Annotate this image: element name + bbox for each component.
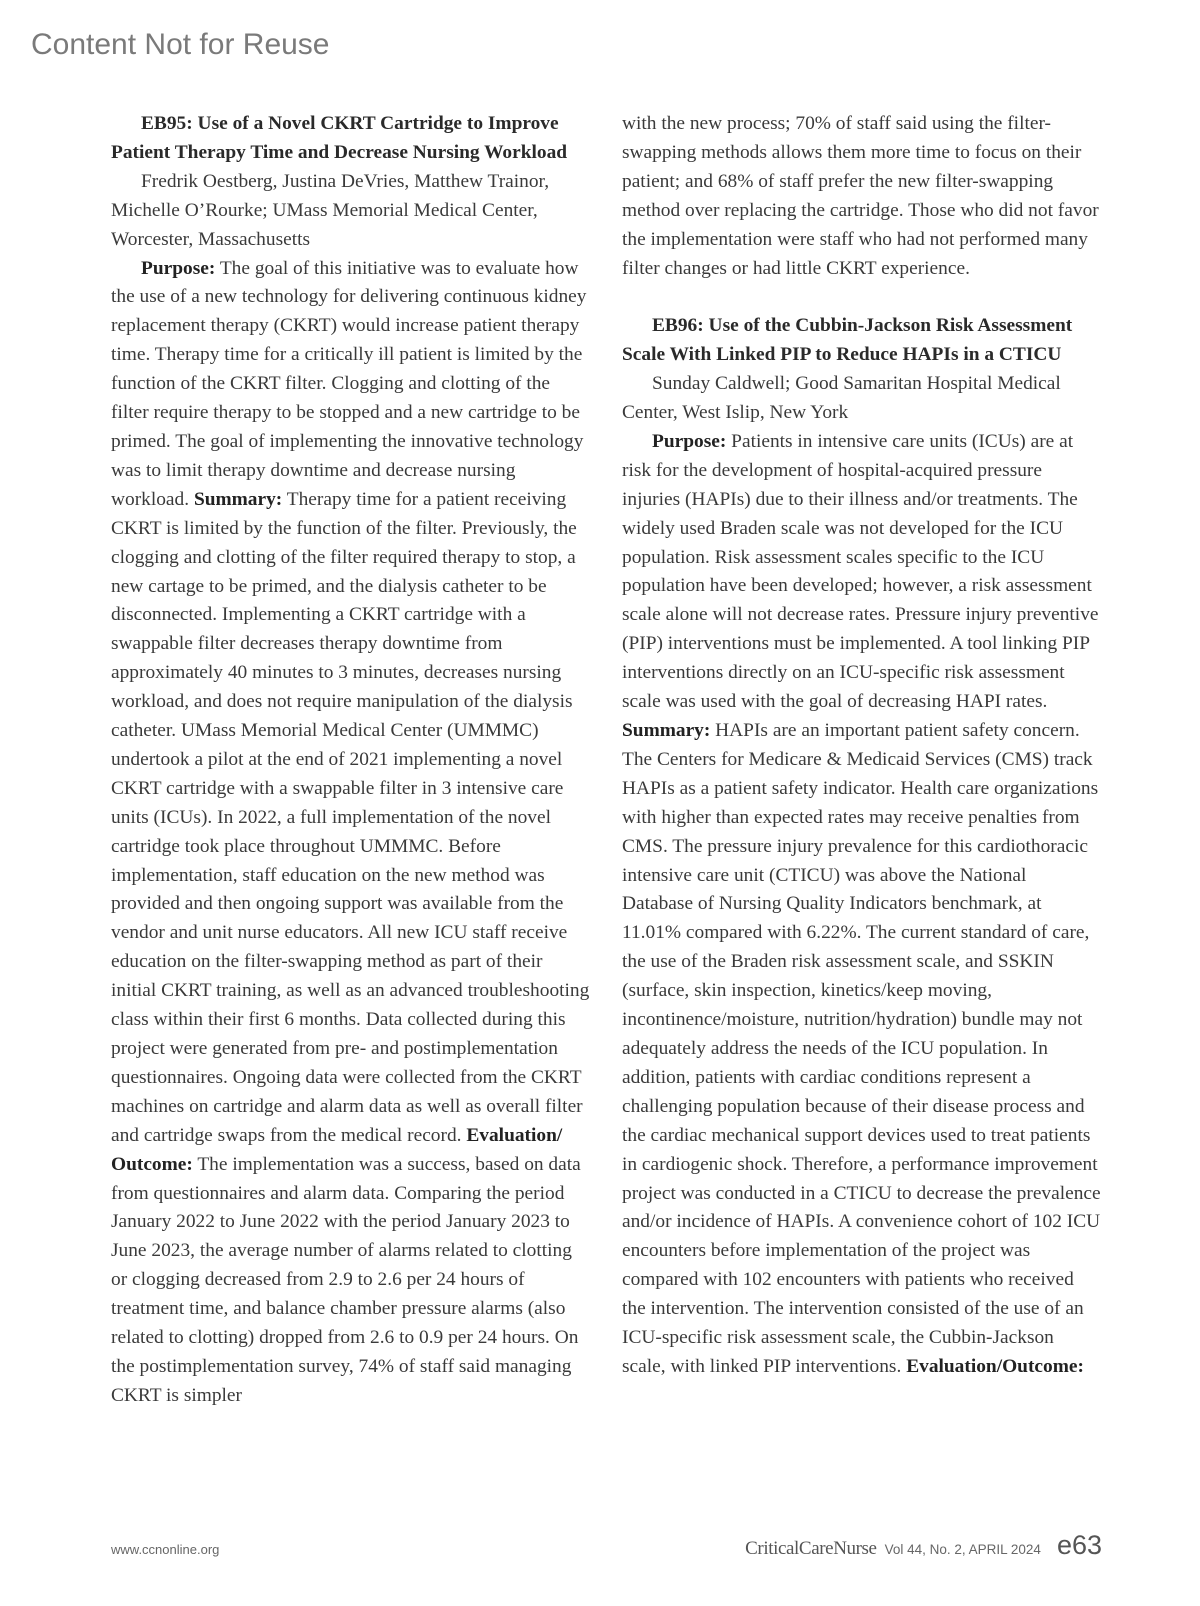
article-title-eb96: EB96: Use of the Cubbin-Jackson Risk Ass… (622, 312, 1102, 370)
evaluation-label: Evaluation/Outcome: (906, 1356, 1084, 1377)
article-body-eb95: Purpose: The goal of this initiative was… (111, 255, 591, 1411)
left-column: EB95: Use of a Novel CKRT Cartridge to I… (111, 110, 591, 1411)
page-number: e63 (1057, 1530, 1102, 1561)
article-authors-eb95: Fredrik Oestberg, Justina DeVries, Matth… (111, 168, 591, 255)
article-authors-eb96: Sunday Caldwell; Good Samaritan Hospital… (622, 370, 1102, 428)
evaluation-text: The implementation was a success, based … (111, 1154, 581, 1406)
article-body-eb96: Purpose: Patients in intensive care unit… (622, 428, 1102, 1382)
article-title-eb95: EB95: Use of a Novel CKRT Cartridge to I… (111, 110, 591, 168)
footer-website[interactable]: www.ccnonline.org (111, 1542, 219, 1557)
right-column: with the new process; 70% of staff said … (622, 110, 1102, 1382)
footer-journal-info: CriticalCareNurse Vol 44, No. 2, APRIL 2… (745, 1530, 1102, 1561)
purpose-text: The goal of this initiative was to evalu… (111, 258, 587, 510)
watermark: Content Not for Reuse (31, 28, 330, 62)
purpose-text: Patients in intensive care units (ICUs) … (622, 431, 1099, 712)
summary-text: Therapy time for a patient receiving CKR… (111, 489, 589, 1146)
summary-text: HAPIs are an important patient safety co… (622, 720, 1101, 1377)
purpose-label: Purpose: (141, 258, 215, 279)
section-gap (622, 283, 1102, 312)
article-body-eb95-continued: with the new process; 70% of staff said … (622, 110, 1102, 283)
summary-label: Summary: (194, 489, 282, 510)
summary-label: Summary: (622, 720, 710, 741)
purpose-label: Purpose: (652, 431, 726, 452)
issue-info: Vol 44, No. 2, APRIL 2024 (885, 1542, 1041, 1557)
journal-name: CriticalCareNurse (745, 1538, 876, 1560)
